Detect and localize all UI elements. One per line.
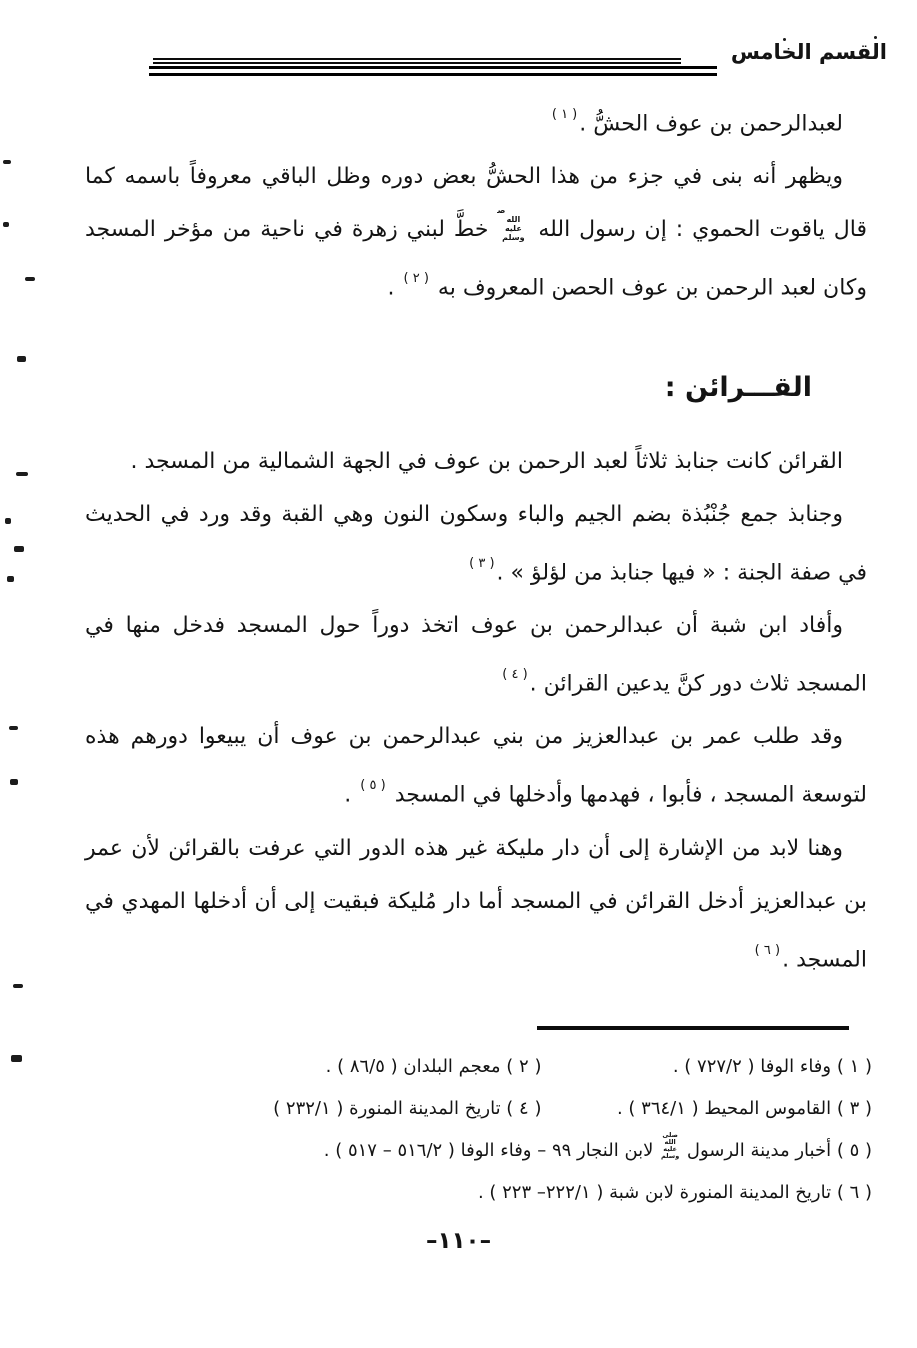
scan-artifact-mark bbox=[13, 984, 23, 988]
honorific-seal: صلى الله عليه وسلم bbox=[659, 1132, 681, 1160]
scan-artifact-mark bbox=[10, 779, 18, 785]
section-heading: القـــرائن : bbox=[85, 367, 812, 409]
scan-artifact-mark bbox=[16, 472, 28, 476]
scanned-book-page: القسم الخامس لعبدالرحمن بن عوف الحشُّ .(… bbox=[0, 0, 917, 1348]
footnote-separator-rule bbox=[537, 1026, 849, 1030]
paragraph: وجنابذ جمع جُنْبُذة بضم الجيم والباء وسك… bbox=[85, 488, 867, 599]
scan-artifact-mark bbox=[874, 36, 877, 39]
scan-artifact-mark bbox=[783, 38, 786, 41]
scan-artifact-mark bbox=[14, 546, 24, 552]
text-run: القرائن كانت جنابذ ثلاثاً لعبد الرحمن بن… bbox=[131, 449, 844, 474]
scan-artifact-mark bbox=[5, 518, 11, 524]
scan-artifact-mark bbox=[3, 160, 11, 164]
header-rule-thick bbox=[149, 66, 717, 76]
footnote-row: ( ٣ ) القاموس المحيط ( ٣٦٤/١ ) .( ٤ ) تا… bbox=[85, 1088, 872, 1130]
paragraph: ويظهر أنه بنى في جزء من هذا الحشُّ بعض د… bbox=[85, 150, 867, 314]
section-header-title: القسم الخامس bbox=[731, 40, 887, 64]
footnote-ref: ( ٣ ) bbox=[467, 556, 496, 571]
scan-artifact-mark bbox=[25, 277, 35, 281]
footnote-ref: ( ١ ) bbox=[550, 107, 579, 122]
paragraph: القرائن كانت جنابذ ثلاثاً لعبد الرحمن بن… bbox=[85, 435, 867, 488]
honorific-seal: صلى الله عليه وسلم bbox=[497, 206, 529, 242]
scan-artifact-mark bbox=[11, 1055, 22, 1062]
page-number: –١١٠– bbox=[0, 1228, 917, 1254]
text-run: ( ٥ ) أخبار مدينة الرسول bbox=[681, 1140, 872, 1161]
text-run: . bbox=[344, 783, 358, 808]
footnote-ref: ( ٤ ) bbox=[500, 667, 529, 682]
text-run: وأفاد ابن شبة أن عبدالرحمن بن عوف اتخذ د… bbox=[85, 613, 867, 696]
footnote-item: ( ٣ ) القاموس المحيط ( ٣٦٤/١ ) . bbox=[541, 1088, 872, 1130]
footnote-ref: ( ٥ ) bbox=[358, 778, 387, 793]
body-text: لعبدالرحمن بن عوف الحشُّ .( ١ )ويظهر أنه… bbox=[85, 92, 867, 986]
scan-artifact-mark bbox=[3, 222, 9, 227]
header-rule-thin bbox=[153, 58, 681, 64]
scan-artifact-mark bbox=[17, 356, 26, 362]
footnote-item: ( ٥ ) أخبار مدينة الرسول صلى الله عليه و… bbox=[85, 1130, 872, 1172]
scan-artifact-mark bbox=[9, 726, 18, 730]
paragraph: وهنا لابد من الإشارة إلى أن دار مليكة غي… bbox=[85, 822, 867, 986]
paragraph: وأفاد ابن شبة أن عبدالرحمن بن عوف اتخذ د… bbox=[85, 599, 867, 710]
paragraph: لعبدالرحمن بن عوف الحشُّ .( ١ ) bbox=[85, 92, 867, 150]
text-run: . bbox=[388, 276, 402, 301]
text-run: ( ٦ ) تاريخ المدينة المنورة لابن شبة ( ٢… bbox=[478, 1182, 872, 1203]
footnote-item: ( ٦ ) تاريخ المدينة المنورة لابن شبة ( ٢… bbox=[85, 1172, 872, 1214]
footnote-item: ( ٢ ) معجم البلدان ( ٨٦/٥ ) . bbox=[85, 1046, 541, 1088]
footnote-item: ( ٤ ) تاريخ المدينة المنورة ( ٢٣٢/١ ) bbox=[85, 1088, 541, 1130]
footnote-ref: ( ٦ ) bbox=[753, 943, 782, 958]
text-run: لعبدالرحمن بن عوف الحشُّ . bbox=[579, 111, 843, 136]
footnote-ref: ( ٢ ) bbox=[402, 271, 431, 286]
text-run: وقد طلب عمر بن عبدالعزيز من بني عبدالرحم… bbox=[85, 724, 867, 807]
text-run: وهنا لابد من الإشارة إلى أن دار مليكة غي… bbox=[85, 836, 867, 972]
scan-artifact-mark bbox=[7, 576, 14, 582]
footnotes-block: ( ١ ) وفاء الوفا ( ٧٢٧/٢ ) .( ٢ ) معجم ا… bbox=[85, 1046, 872, 1214]
text-run: وجنابذ جمع جُنْبُذة بضم الجيم والباء وسك… bbox=[85, 502, 867, 585]
footnote-row: ( ١ ) وفاء الوفا ( ٧٢٧/٢ ) .( ٢ ) معجم ا… bbox=[85, 1046, 872, 1088]
paragraph: وقد طلب عمر بن عبدالعزيز من بني عبدالرحم… bbox=[85, 710, 867, 821]
text-run: لابن النجار ٩٩ – وفاء الوفا ( ٥١٦/٢ – ٥١… bbox=[324, 1140, 659, 1161]
footnote-item: ( ١ ) وفاء الوفا ( ٧٢٧/٢ ) . bbox=[541, 1046, 872, 1088]
